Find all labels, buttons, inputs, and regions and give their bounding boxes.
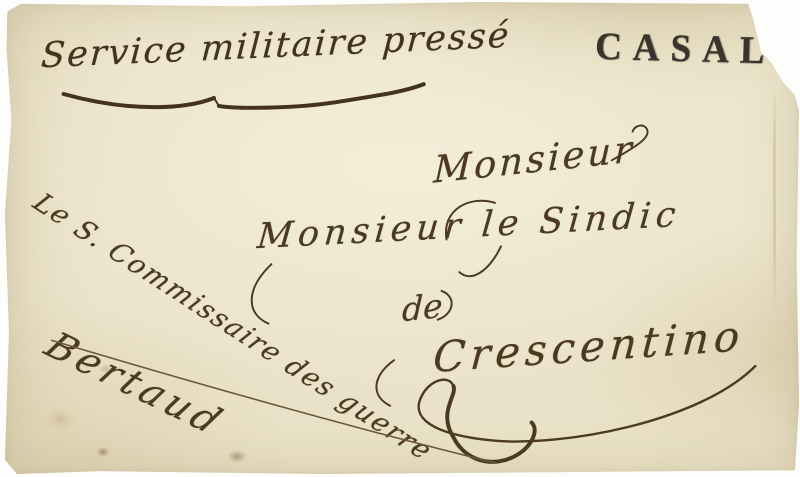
paper-stain [45, 408, 75, 430]
annotation-service-militaire: Service militaire pressé [40, 16, 512, 77]
paper-stain [99, 364, 113, 374]
paper-crease [773, 82, 776, 312]
letter-paper: Service militaire pressé CASALE Monsieur… [5, 2, 799, 474]
paper-stain [96, 447, 110, 457]
address-line-de: de [401, 286, 443, 330]
address-line-monsieur: Monsieur [433, 127, 636, 192]
scan-background: Service militaire pressé CASALE Monsieur… [0, 0, 800, 477]
address-line-monsieur-le-sindic: Monsieur le Sindic [256, 195, 683, 257]
address-line-crescentino: Crescentino [432, 311, 746, 382]
paper-stain [227, 450, 247, 463]
postmark-casale: CASALE [594, 24, 800, 75]
